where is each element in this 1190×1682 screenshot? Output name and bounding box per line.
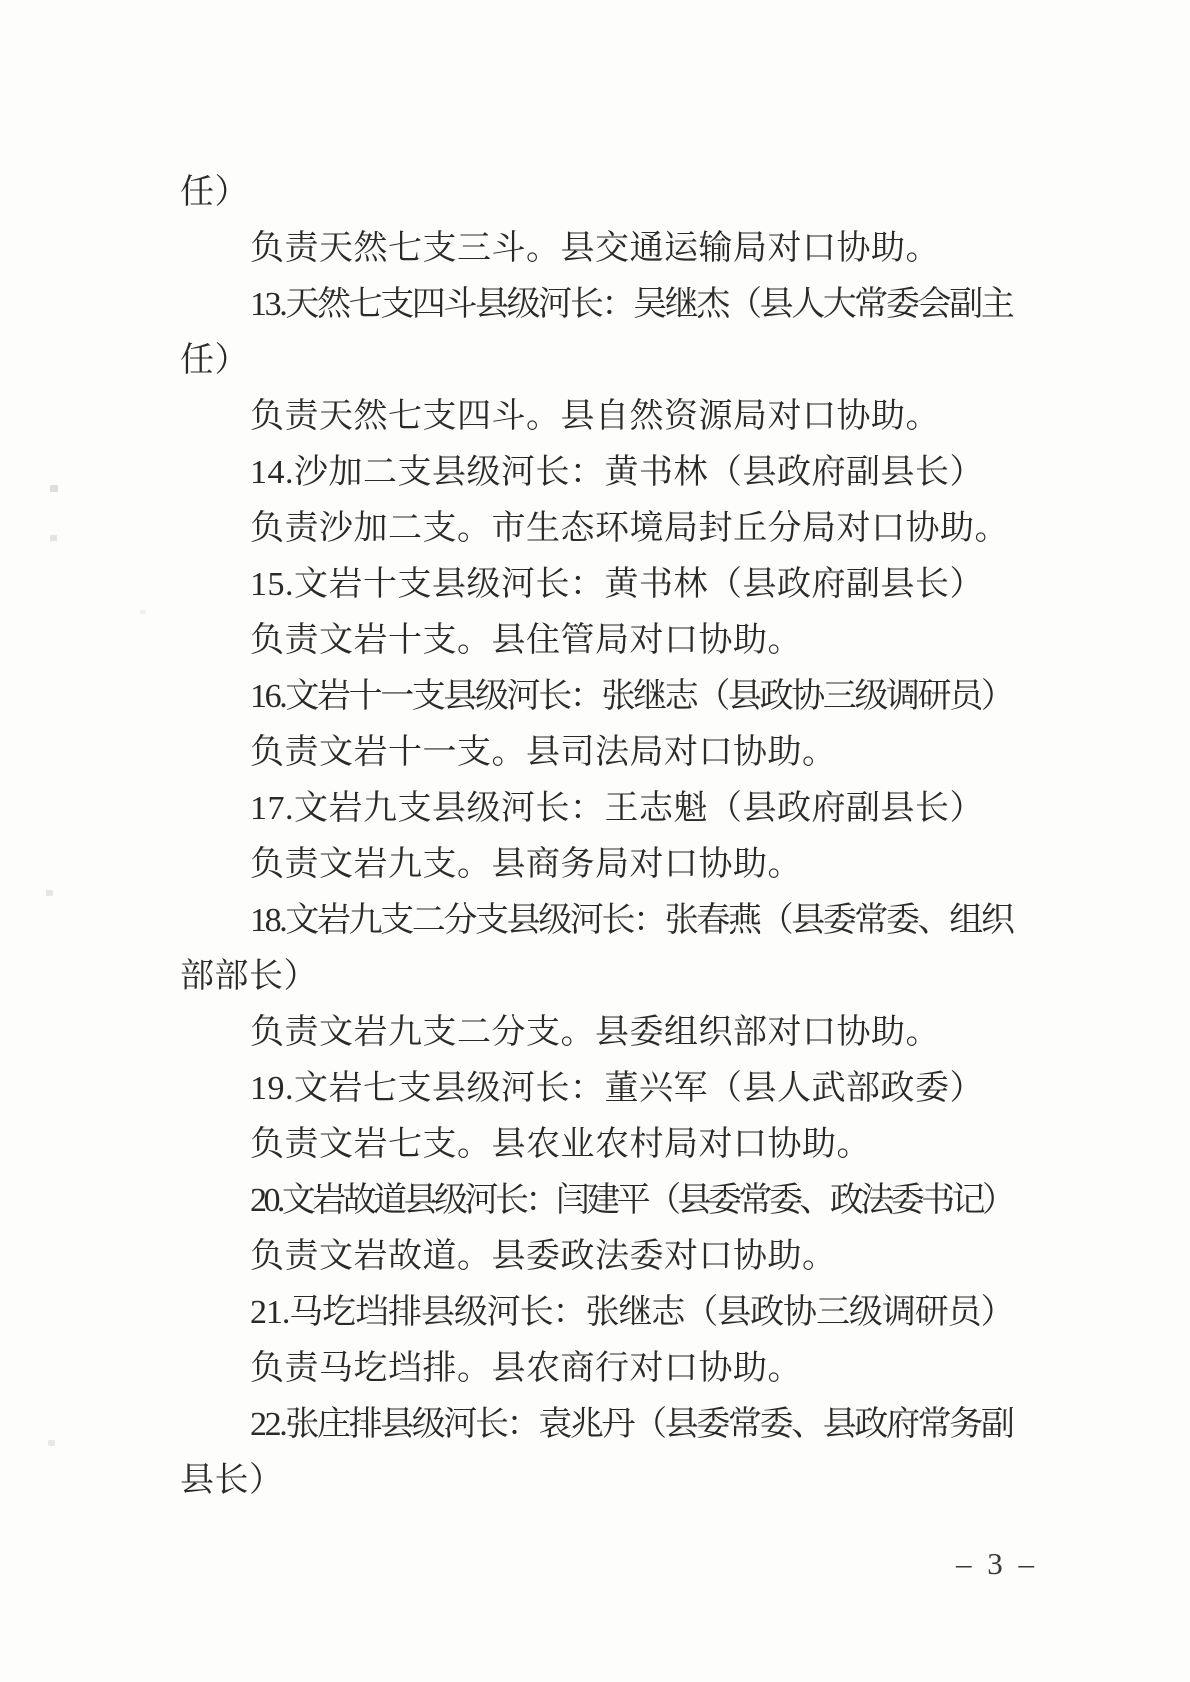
text-line-content: 19.文岩七支县级河长：董兴军（县人武部政委） [250,1070,984,1107]
text-line: 负责马圪垱排。县农商行对口协助。 [180,1341,1040,1397]
text-line: 22.张庄排县级河长：袁兆丹（县委常委、县政府常务副 [180,1397,1040,1453]
text-line-content: 负责文岩十一支。县司法局对口协助。 [250,734,837,771]
text-line-content: 13.天然七支四斗县级河长：吴继杰（县人大常委会副主 [250,286,1013,323]
scan-mark [46,890,53,896]
text-line: 负责文岩故道。县委政法委对口协助。 [180,1229,1040,1285]
text-line: 负责文岩九支二分支。县委组织部对口协助。 [180,1005,1040,1061]
text-line: 18.文岩九支二分支县级河长：张春燕（县委常委、组织 [180,893,1040,949]
text-line: 14.沙加二支县级河长：黄书林（县政府副县长） [180,445,1040,501]
text-line: 负责文岩九支。县商务局对口协助。 [180,837,1040,893]
text-line-content: 县长） [180,1462,284,1499]
text-line: 16.文岩十一支县级河长：张继志（县政协三级调研员） [180,669,1040,725]
text-line-content: 负责沙加二支。市生态环境局封丘分局对口协助。 [250,510,1009,547]
text-line: 负责沙加二支。市生态环境局封丘分局对口协助。 [180,501,1040,557]
scan-mark [48,1440,55,1446]
text-line-content: 22.张庄排县级河长：袁兆丹（县委常委、县政府常务副 [250,1406,1013,1443]
scan-mark [50,485,58,492]
document-page: 任）负责天然七支三斗。县交通运输局对口协助。13.天然七支四斗县级河长：吴继杰（… [0,0,1190,1682]
text-line: 任） [180,165,1040,221]
text-line: 20.文岩故道县级河长：闫建平（县委常委、政法委书记） [180,1173,1040,1229]
text-line-content: 15.文岩十支县级河长：黄书林（县政府副县长） [250,566,984,603]
scan-mark [140,610,146,614]
text-line-content: 部部长） [180,958,318,995]
text-line: 负责文岩十一支。县司法局对口协助。 [180,725,1040,781]
text-line: 17.文岩九支县级河长：王志魁（县政府副县长） [180,781,1040,837]
text-line: 部部长） [180,949,1040,1005]
text-line: 负责天然七支三斗。县交通运输局对口协助。 [180,221,1040,277]
text-line-content: 负责马圪垱排。县农商行对口协助。 [250,1350,802,1387]
text-line: 负责文岩十支。县住管局对口协助。 [180,613,1040,669]
text-line-content: 16.文岩十一支县级河长：张继志（县政协三级调研员） [250,678,1013,715]
text-line: 13.天然七支四斗县级河长：吴继杰（县人大常委会副主 [180,277,1040,333]
text-line-content: 负责文岩十支。县住管局对口协助。 [250,622,802,659]
text-line-content: 18.文岩九支二分支县级河长：张春燕（县委常委、组织 [250,902,1013,939]
document-body: 任）负责天然七支三斗。县交通运输局对口协助。13.天然七支四斗县级河长：吴继杰（… [180,165,1040,1509]
text-line-content: 14.沙加二支县级河长：黄书林（县政府副县长） [250,454,984,491]
text-line: 19.文岩七支县级河长：董兴军（县人武部政委） [180,1061,1040,1117]
text-line-content: 17.文岩九支县级河长：王志魁（县政府副县长） [250,790,984,827]
scan-mark [50,535,57,541]
text-line: 负责文岩七支。县农业农村局对口协助。 [180,1117,1040,1173]
text-line-content: 负责文岩九支二分支。县委组织部对口协助。 [250,1014,940,1051]
text-line: 21.马圪垱排县级河长：张继志（县政协三级调研员） [180,1285,1040,1341]
text-line-content: 任） [180,342,249,379]
text-line-content: 负责文岩七支。县农业农村局对口协助。 [250,1126,871,1163]
text-line-content: 负责天然七支三斗。县交通运输局对口协助。 [250,230,940,267]
text-line-content: 21.马圪垱排县级河长：张继志（县政协三级调研员） [250,1294,1014,1331]
text-line-content: 20.文岩故道县级河长：闫建平（县委常委、政法委书记） [250,1182,1013,1219]
text-line: 任） [180,333,1040,389]
text-line: 15.文岩十支县级河长：黄书林（县政府副县长） [180,557,1040,613]
text-line: 负责天然七支四斗。县自然资源局对口协助。 [180,389,1040,445]
text-line-content: 负责文岩九支。县商务局对口协助。 [250,846,802,883]
text-line-content: 负责天然七支四斗。县自然资源局对口协助。 [250,398,940,435]
text-line: 县长） [180,1453,1040,1509]
text-line-content: 负责文岩故道。县委政法委对口协助。 [250,1238,837,1275]
page-number: – 3 – [956,1546,1038,1582]
text-line-content: 任） [180,174,249,211]
